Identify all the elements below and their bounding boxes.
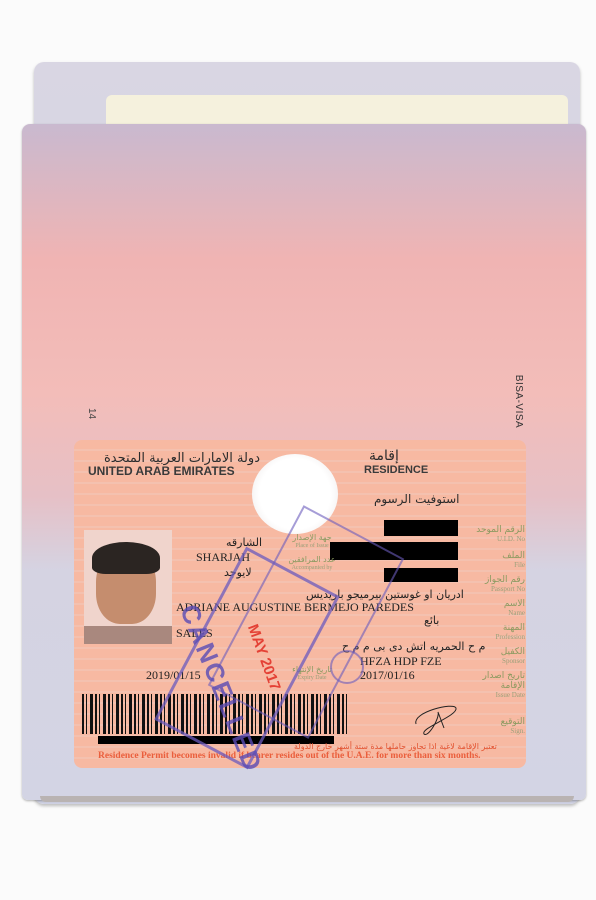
residence-title-ar: إقامة bbox=[369, 448, 399, 464]
profession-value-ar: بائع bbox=[424, 614, 439, 627]
hair bbox=[92, 542, 160, 574]
fees-paid-note: استوفيت الرسوم bbox=[374, 492, 459, 506]
passport-no-label: رقم الجوازPassport No bbox=[469, 576, 525, 594]
name-label: الاسمName bbox=[469, 600, 525, 618]
warning-text-en: Residence Permit becomes invalid if bear… bbox=[98, 751, 481, 761]
passport: SHU... 095P40704HFL09... 14 BISA-VISA دو… bbox=[0, 0, 596, 900]
signature-icon bbox=[410, 698, 460, 738]
warning-text-ar: تعتبر الإقامة لاغية اذا تجاوز حاملها مدة… bbox=[294, 742, 497, 751]
uid-redacted bbox=[384, 520, 458, 536]
page-edge bbox=[40, 796, 574, 802]
issue-date-label: تاريخ اصدار الإقامةIssue Date bbox=[469, 672, 525, 699]
profession-label: المهنةProfession bbox=[469, 624, 525, 642]
file-label: الملفFile bbox=[469, 552, 525, 570]
place-of-issue-ar: الشارقه bbox=[226, 536, 262, 549]
uid-label: الرقم الموحدU.I.D. No bbox=[469, 526, 525, 544]
country-name-en: UNITED ARAB EMIRATES bbox=[88, 464, 235, 478]
signature-label: التوقيعSign. bbox=[469, 718, 525, 736]
issue-date-value: 2017/01/16 bbox=[360, 668, 415, 683]
holder-photo bbox=[84, 530, 172, 644]
page-number: 14 bbox=[86, 408, 97, 419]
stamp-seal-icon bbox=[330, 650, 364, 684]
residence-permit-sticker: دولة الامارات العربية المتحدة UNITED ARA… bbox=[74, 440, 526, 768]
sponsor-value: HFZA HDP FZE bbox=[360, 654, 442, 669]
shirt bbox=[84, 626, 172, 644]
sponsor-value-ar: م ح الحمريه اتش دى بى م م ح bbox=[342, 640, 485, 653]
visa-page-label: BISA-VISA bbox=[513, 375, 524, 428]
residence-title-en: RESIDENCE bbox=[364, 464, 428, 476]
